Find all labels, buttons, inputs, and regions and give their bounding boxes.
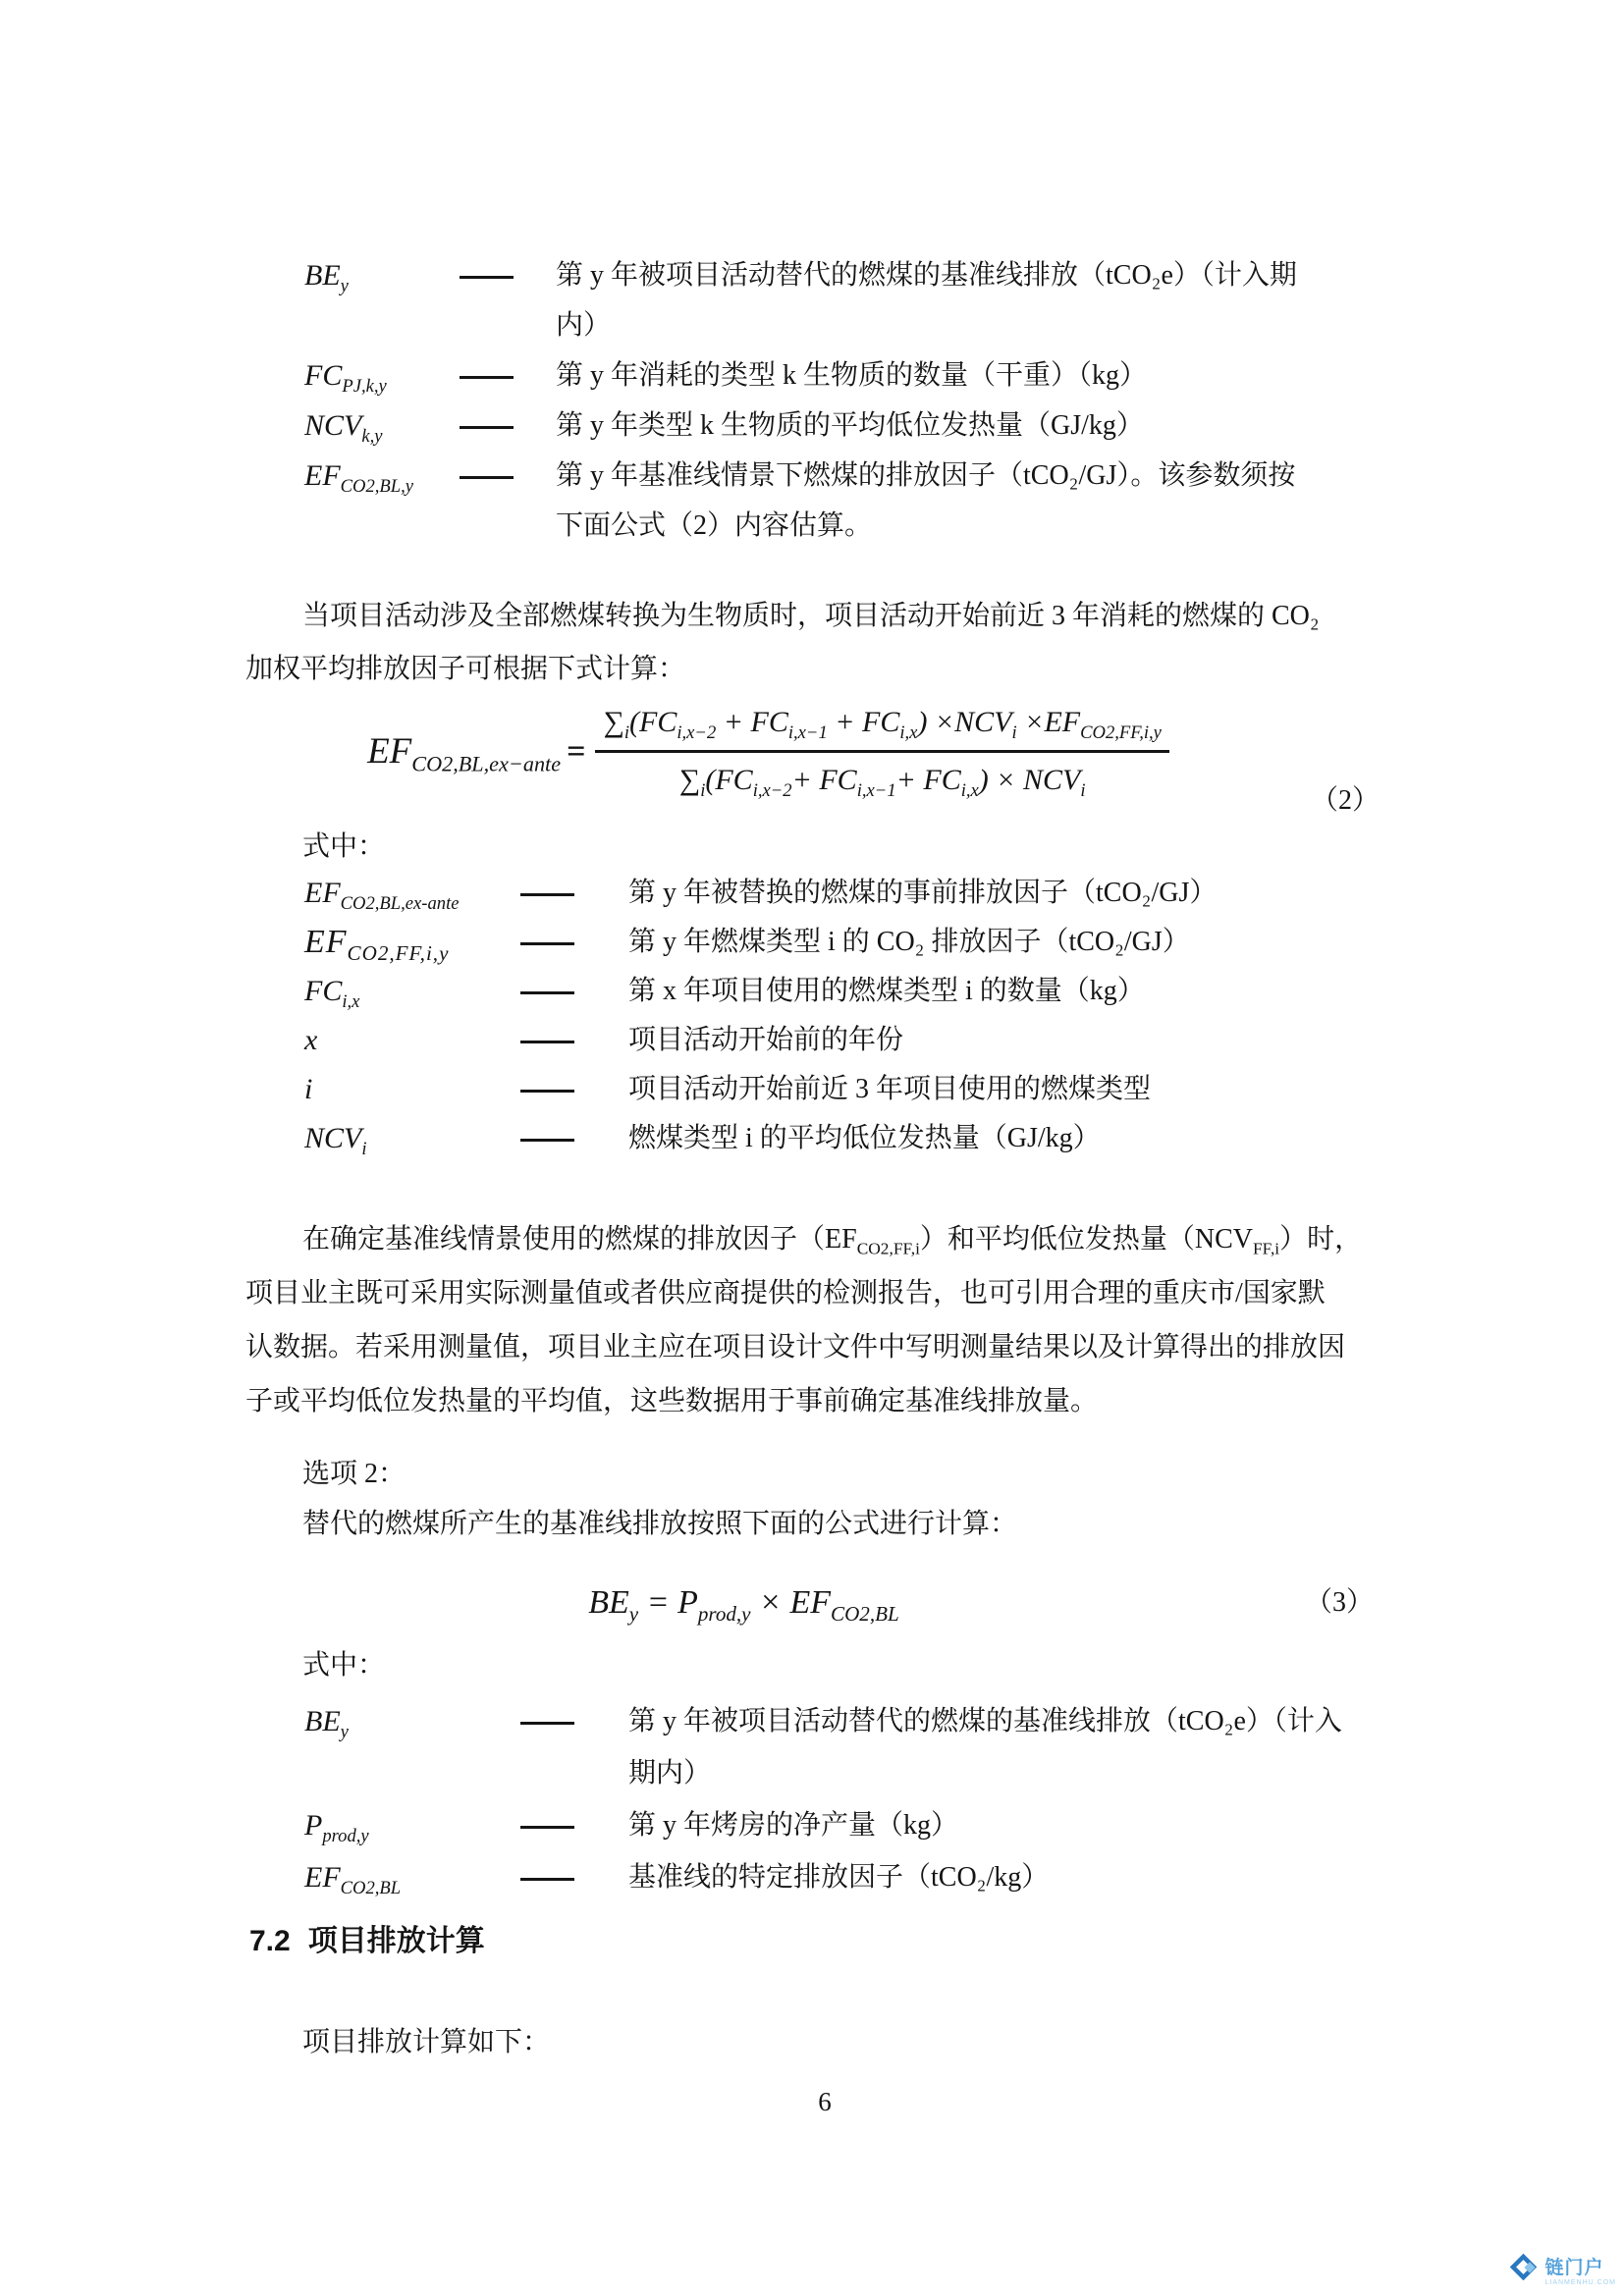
param-description: 第 y 年被替换的燃煤的事前排放因子（tCO₂/GJ） <box>628 869 1380 918</box>
param-row: BEy 第 y 年被项目活动替代的燃煤的基准线排放（tCO₂e）（计入期 内） <box>245 250 1380 350</box>
param-row: EFCO2,BL 基准线的特定排放因子（tCO₂/kg） <box>245 1851 1380 1903</box>
param-row: EFCO2,BL,ex-ante 第 y 年被替换的燃煤的事前排放因子（tCO₂… <box>245 869 1380 918</box>
dash-separator <box>520 869 628 918</box>
param-symbol: Pprod,y <box>304 1799 520 1851</box>
param-row: x 项目活动开始前的年份 <box>245 1016 1380 1065</box>
document-page: BEy 第 y 年被项目活动替代的燃煤的基准线排放（tCO₂e）（计入期 内） … <box>0 0 1624 2296</box>
watermark-name: 链门户 <box>1544 2259 1616 2277</box>
param-row: EFCO2,BL,y 第 y 年基准线情景下燃煤的排放因子（tCO₂/GJ）。该… <box>245 451 1380 551</box>
dash-separator <box>520 1851 628 1903</box>
param-description: 第 y 年燃煤类型 i 的 CO₂ 排放因子（tCO₂/GJ） <box>628 918 1380 967</box>
param-description: 第 x 年项目使用的燃煤类型 i 的数量（kg） <box>628 967 1380 1016</box>
param-row: BEy 第 y 年被项目活动替代的燃煤的基准线排放（tCO₂e）（计入 期内） <box>245 1695 1380 1799</box>
dash-separator <box>520 967 628 1016</box>
paragraph-weighted-average: 当项目活动涉及全部燃煤转换为生物质时，项目活动开始前近 3 年消耗的燃煤的 CO… <box>245 590 1380 696</box>
param-row: i 项目活动开始前近 3 年项目使用的燃煤类型 <box>245 1065 1380 1114</box>
param-list-1: BEy 第 y 年被项目活动替代的燃煤的基准线排放（tCO₂e）（计入期 内） … <box>245 250 1380 551</box>
param-description: 第 y 年烤房的净产量（kg） <box>628 1799 1380 1851</box>
param-symbol: BEy <box>304 250 460 350</box>
option-2-label: 选项 2： <box>245 1450 1436 1499</box>
dash-separator <box>520 1016 628 1065</box>
equals-sign: = <box>567 733 585 771</box>
param-list-2: EFCO2,BL,ex-ante 第 y 年被替换的燃煤的事前排放因子（tCO₂… <box>245 869 1380 1163</box>
dash-separator <box>460 250 556 350</box>
paragraph-determination: 在确定基准线情景使用的燃煤的排放因子（EFCO2,FF,i）和平均低位发热量（N… <box>245 1212 1380 1428</box>
param-description: 第 y 年被项目活动替代的燃煤的基准线排放（tCO₂e）（计入 期内） <box>628 1695 1380 1799</box>
param-row: NCVk,y 第 y 年类型 k 生物质的平均低位发热量（GJ/kg） <box>245 400 1380 451</box>
param-symbol: FCPJ,k,y <box>304 350 460 400</box>
param-symbol: x <box>304 1016 520 1065</box>
dash-separator <box>520 1114 628 1163</box>
dash-separator <box>460 400 556 451</box>
param-description: 项目活动开始前的年份 <box>628 1016 1380 1065</box>
param-symbol: NCVi <box>304 1114 520 1163</box>
formula-2-number: （2） <box>245 780 1385 822</box>
paragraph-line: 认数据。若采用测量值，项目业主应在项目设计文件中写明测量结果以及计算得出的排放因 <box>245 1320 1380 1374</box>
paragraph-line: 项目业主既可采用实际测量值或者供应商提供的检测报告，也可引用合理的重庆市/国家默 <box>245 1266 1380 1320</box>
param-row: EFCO2,FF,i,y 第 y 年燃煤类型 i 的 CO₂ 排放因子（tCO₂… <box>245 918 1380 967</box>
param-symbol: EFCO2,BL,ex-ante <box>304 869 520 918</box>
section-heading: 7.2项目排放计算 <box>245 1916 1383 1967</box>
watermark-url: LIANMENHU.COM <box>1544 2279 1616 2286</box>
formula-3-expression: BEy = Pprod,y × EFCO2,BL <box>588 1576 898 1629</box>
param-description: 第 y 年类型 k 生物质的平均低位发热量（GJ/kg） <box>556 400 1380 451</box>
formula-2-lhs: EFCO2,BL,ex−ante <box>367 730 561 773</box>
section-title: 项目排放计算 <box>308 1925 485 1957</box>
param-description: 基准线的特定排放因子（tCO₂/kg） <box>628 1851 1380 1903</box>
param-description: 第 y 年被项目活动替代的燃煤的基准线排放（tCO₂e）（计入期 内） <box>556 250 1380 350</box>
param-row: FCi,x 第 x 年项目使用的燃煤类型 i 的数量（kg） <box>245 967 1380 1016</box>
param-symbol: i <box>304 1065 520 1114</box>
option-2-description: 替代的燃煤所产生的基准线排放按照下面的公式进行计算： <box>245 1500 1436 1549</box>
project-emission-intro: 项目排放计算如下： <box>245 2018 1436 2067</box>
dash-separator <box>460 451 556 551</box>
formula-3: BEy = Pprod,y × EFCO2,BL （3） <box>245 1576 1380 1631</box>
page-number: 6 <box>0 2079 1624 2124</box>
dash-separator <box>520 1695 628 1799</box>
param-symbol: NCVk,y <box>304 400 460 451</box>
dash-separator <box>520 918 628 967</box>
lianmenhu-watermark: 链门户 LIANMENHU.COM <box>1509 2253 1616 2292</box>
section-number: 7.2 <box>249 1925 291 1957</box>
param-description: 项目活动开始前近 3 年项目使用的燃煤类型 <box>628 1065 1380 1114</box>
param-row: FCPJ,k,y 第 y 年消耗的类型 k 生物质的数量（干重）（kg） <box>245 350 1380 400</box>
param-row: Pprod,y 第 y 年烤房的净产量（kg） <box>245 1799 1380 1851</box>
where-label: 式中： <box>245 823 1436 872</box>
param-symbol: FCi,x <box>304 967 520 1016</box>
paragraph-line: 在确定基准线情景使用的燃煤的排放因子（EFCO2,FF,i）和平均低位发热量（N… <box>245 1212 1380 1266</box>
lianmenhu-logo-icon <box>1509 2253 1541 2292</box>
dash-separator <box>520 1065 628 1114</box>
param-symbol: EFCO2,FF,i,y <box>304 918 520 967</box>
param-description: 第 y 年基准线情景下燃煤的排放因子（tCO₂/GJ）。该参数须按 下面公式（2… <box>556 451 1380 551</box>
param-symbol: EFCO2,BL <box>304 1851 520 1903</box>
param-symbol: BEy <box>304 1695 520 1799</box>
where-label: 式中： <box>245 1641 1436 1690</box>
formula-3-number: （3） <box>1305 1576 1374 1629</box>
paragraph-line: 当项目活动涉及全部燃煤转换为生物质时，项目活动开始前近 3 年消耗的燃煤的 CO… <box>245 590 1380 643</box>
paragraph-line: 子或平均低位发热量的平均值，这些数据用于事前确定基准线排放量。 <box>245 1374 1380 1428</box>
param-row: NCVi 燃煤类型 i 的平均低位发热量（GJ/kg） <box>245 1114 1380 1163</box>
param-description: 燃煤类型 i 的平均低位发热量（GJ/kg） <box>628 1114 1380 1163</box>
param-symbol: EFCO2,BL,y <box>304 451 460 551</box>
param-list-3: BEy 第 y 年被项目活动替代的燃煤的基准线排放（tCO₂e）（计入 期内） … <box>245 1695 1380 1903</box>
dash-separator <box>520 1799 628 1851</box>
paragraph-line: 加权平均排放因子可根据下式计算： <box>245 643 1380 696</box>
formula-2-numerator: ∑i(FCi,x−2 + FCi,x−1 + FCi,x) ×NCVi ×EFC… <box>595 699 1168 750</box>
param-description: 第 y 年消耗的类型 k 生物质的数量（干重）（kg） <box>556 350 1380 400</box>
dash-separator <box>460 350 556 400</box>
